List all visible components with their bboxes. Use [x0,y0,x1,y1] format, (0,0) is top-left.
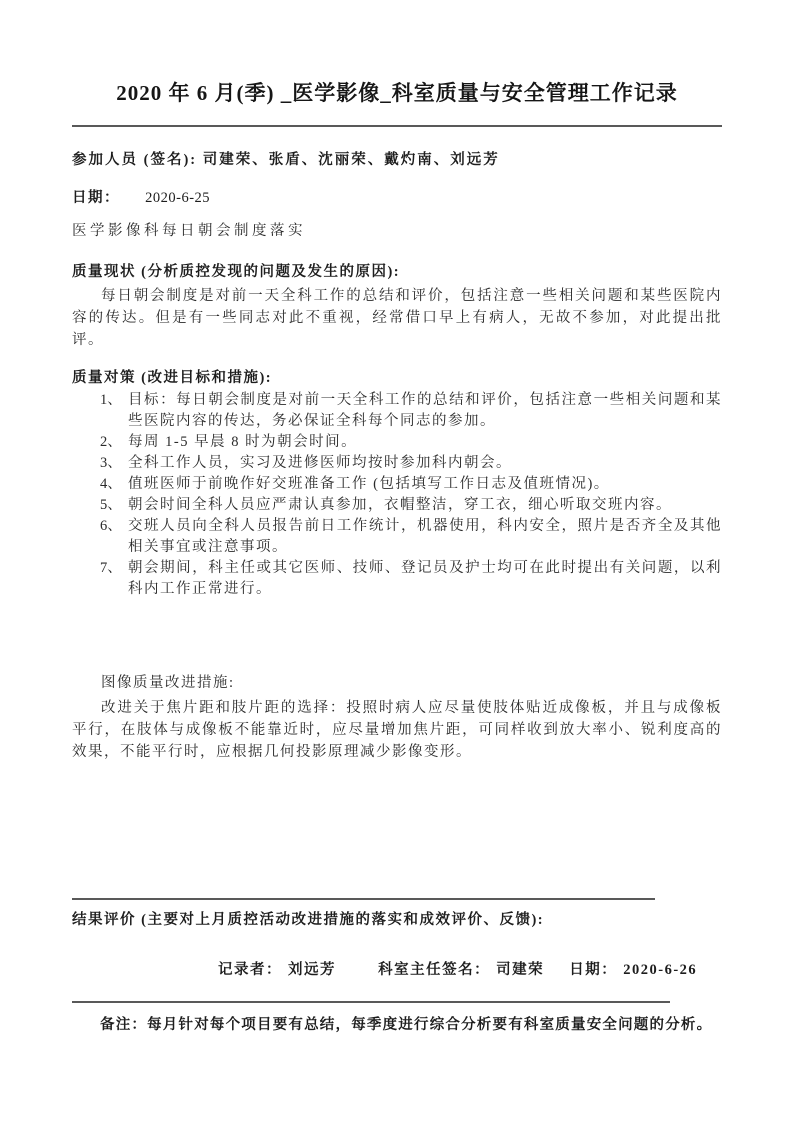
participants-line: 参加人员 (签名): 司建荣、张盾、沈丽荣、戴灼南、刘远芳 [72,152,722,169]
signature-row: 记录者：刘远芳 科室主任签名：司建荣 日期：2020-6-26 [72,962,722,979]
item-text: 目标：每日朝会制度是对前一天全科工作的总结和评价，包括注意一些相关问题和某些医院… [128,390,722,432]
recorder-name: 刘远芳 [288,962,336,978]
divider-middle [72,898,655,900]
item-number: 1、 [100,390,128,432]
divider-bottom [72,1001,670,1003]
countermeasure-item: 4、 值班医师于前晚作好交班准备工作 (包括填写工作日志及值班情况)。 [72,474,722,495]
item-text: 朝会期间，科主任或其它医师、技师、登记员及护士均可在此时提出有关问题，以利科内工… [128,558,722,600]
recorder-label: 记录者： [218,962,282,978]
director-label: 科室主任签名： [378,962,490,978]
document-title: 2020 年 6 月(季) _医学影像_科室质量与安全管理工作记录 [72,80,722,106]
remark-note: 备注：每月针对每个项目要有总结，每季度进行综合分析要有科室质量安全问题的分析。 [72,1016,722,1034]
countermeasure-item: 6、 交班人员向全科人员报告前日工作统计，机器使用，科内安全，照片是否齐全及其他… [72,516,722,558]
image-quality-heading: 图像质量改进措施: [72,675,722,692]
director-segment: 科室主任签名：司建荣 [378,962,544,978]
signature-date-label: 日期： [569,962,617,978]
quality-status-body: 每日朝会制度是对前一天全科工作的总结和评价，包括注意一些相关问题和某些医院内容的… [72,285,722,351]
countermeasure-item: 5、 朝会时间全科人员应严肃认真参加，衣帽整洁，穿工衣，细心听取交班内容。 [72,495,722,516]
date-label: 日期： [72,190,120,206]
document-page: 2020 年 6 月(季) _医学影像_科室质量与安全管理工作记录 参加人员 (… [0,0,793,1122]
item-text: 交班人员向全科人员报告前日工作统计，机器使用，科内安全，照片是否齐全及其他相关事… [128,516,722,558]
item-number: 2、 [100,432,128,453]
result-evaluation-heading: 结果评价 (主要对上月质控活动改进措施的落实和成效评价、反馈): [72,912,722,929]
item-number: 3、 [100,453,128,474]
item-text: 值班医师于前晚作好交班准备工作 (包括填写工作日志及值班情况)。 [128,474,722,495]
signature-date-value: 2020-6-26 [623,962,697,978]
topic-line: 医学影像科每日朝会制度落实 [72,223,722,240]
item-number: 6、 [100,516,128,558]
countermeasures-list: 1、 目标：每日朝会制度是对前一天全科工作的总结和评价，包括注意一些相关问题和某… [72,390,722,600]
image-quality-body: 改进关于焦片距和肢片距的选择：投照时病人应尽量使肢体贴近成像板，并且与成像板平行… [72,697,722,763]
date-line: 日期： 2020-6-25 [72,190,722,207]
date-value: 2020-6-25 [145,190,210,206]
item-text: 朝会时间全科人员应严肃认真参加，衣帽整洁，穿工衣，细心听取交班内容。 [128,495,722,516]
recorder-segment: 记录者：刘远芳 [218,962,336,978]
item-text: 全科工作人员，实习及进修医师均按时参加科内朝会。 [128,453,722,474]
quality-status-heading: 质量现状 (分析质控发现的问题及发生的原因): [72,264,722,281]
countermeasure-item: 2、 每周 1-5 早晨 8 时为朝会时间。 [72,432,722,453]
divider-top [72,125,722,127]
countermeasures-heading: 质量对策 (改进目标和措施): [72,370,722,387]
countermeasure-item: 3、 全科工作人员，实习及进修医师均按时参加科内朝会。 [72,453,722,474]
item-number: 7、 [100,558,128,600]
document-content: 2020 年 6 月(季) _医学影像_科室质量与安全管理工作记录 参加人员 (… [72,0,722,1034]
signature-date-segment: 日期：2020-6-26 [569,962,697,978]
item-number: 5、 [100,495,128,516]
item-text: 每周 1-5 早晨 8 时为朝会时间。 [128,432,722,453]
countermeasure-item: 7、 朝会期间，科主任或其它医师、技师、登记员及护士均可在此时提出有关问题，以利… [72,558,722,600]
director-name: 司建荣 [496,962,544,978]
item-number: 4、 [100,474,128,495]
countermeasure-item: 1、 目标：每日朝会制度是对前一天全科工作的总结和评价，包括注意一些相关问题和某… [72,390,722,432]
